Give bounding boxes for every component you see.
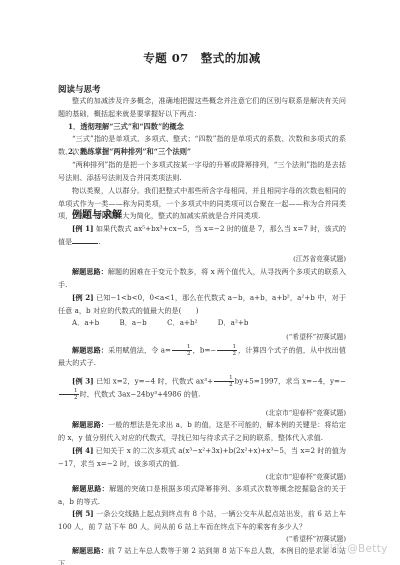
point1-heading: 1．透彻理解“三式”和“四数”的概念	[68, 121, 346, 134]
fraction: 12	[214, 375, 234, 388]
page-title: 专题 07 整式的加减	[58, 50, 346, 66]
example-5: [例 5] 一条公交线路上起点到终点有 8 个站，一辆公交车从起点站出发，前 6…	[58, 508, 346, 533]
section-heading-examples: 例题与求解	[72, 206, 122, 221]
point2-heading: 2．熟练掌握“两种排列”和“三个法则”	[68, 146, 346, 159]
solution-4: 解题思路：解题的突破口是根据多项式降幂排列、多项式次数等概念挖掘隐含的关于 a，…	[58, 483, 346, 508]
solution-3: 解题思路：一般的想法是先求出 a，b 的值，这是不可能的，解本例的关键是：将给定…	[58, 419, 346, 444]
intro-paragraph: 整式的加减涉及许多概念，准确地把握这些概念并注意它们的区别与联系是解决有关问题的…	[58, 95, 346, 120]
section-heading-reading: 阅读与思考	[58, 83, 101, 95]
solution-5: 解题思路：前 7 站上车总人数等于第 2 站到第 8 站下车总人数，本例目的是求…	[58, 545, 346, 565]
example-3: [例 3] 已知 x=2，y=−4 时，代数式 ax³+12by+5=1997，…	[58, 375, 346, 401]
example-text: 如果代数式 ax⁵+bx³+cx−5，当 x=−2 时的值是 7，那么当 x=7…	[58, 224, 346, 246]
example-label: [例 2]	[72, 293, 94, 302]
example-label: [例 4]	[72, 446, 93, 455]
solution-2: 解题思路：采用赋值法，令 a=12，b=−12，计算四个式子的值，从中找出值最大…	[58, 344, 346, 370]
example-source: (“希望杯”初赛试题)	[286, 331, 346, 341]
option-c: C．a+b²	[167, 318, 197, 327]
fraction: 12	[59, 388, 79, 401]
example-2: [例 2] 已知−1<b<0，0<a<1，那么在代数式 a−b，a+b，a+b²…	[58, 292, 346, 317]
option-d: D．a²+b	[218, 318, 249, 327]
example-label: [例 3]	[72, 377, 94, 386]
answer-blank	[72, 236, 98, 244]
example-text: 已知−1<b<0，0<a<1，那么在代数式 a−b，a+b，a+b²，a²+b …	[58, 293, 346, 315]
point2-text: “两种排列”指的是把一个多项式按某一字母的升幂或降幂排列，“三个法则”指的是去括…	[58, 159, 346, 184]
fraction: 12	[172, 344, 192, 357]
example-source: (北京市“迎春杯”竞赛试题)	[266, 407, 346, 417]
example-label: [例 1]	[72, 224, 94, 233]
fraction: 12	[217, 344, 237, 357]
example-source: (北京市“迎春杯”竞赛试题)	[266, 471, 346, 481]
example-2-options: A．a+b B．a−b C．a+b² D．a²+b	[72, 317, 346, 330]
watermark: 知乎 @Betty	[322, 541, 388, 556]
example-1: [例 1] 如果代数式 ax⁵+bx³+cx−5，当 x=−2 时的值是 7，那…	[58, 223, 346, 248]
solution-1: 解题思路：解题的困难在于变元个数多，将 x 两个值代入，从寻找两个多项式的联系入…	[58, 266, 346, 291]
example-label: [例 5]	[72, 509, 94, 518]
option-b: B．a−b	[120, 318, 147, 327]
example-4: [例 4] 已知关于 x 的二次多项式 a(x³−x²+3x)+b(2x²+x)…	[58, 445, 346, 470]
example-source: (江苏省竞赛试题)	[293, 253, 346, 263]
option-a: A．a+b	[72, 318, 99, 327]
